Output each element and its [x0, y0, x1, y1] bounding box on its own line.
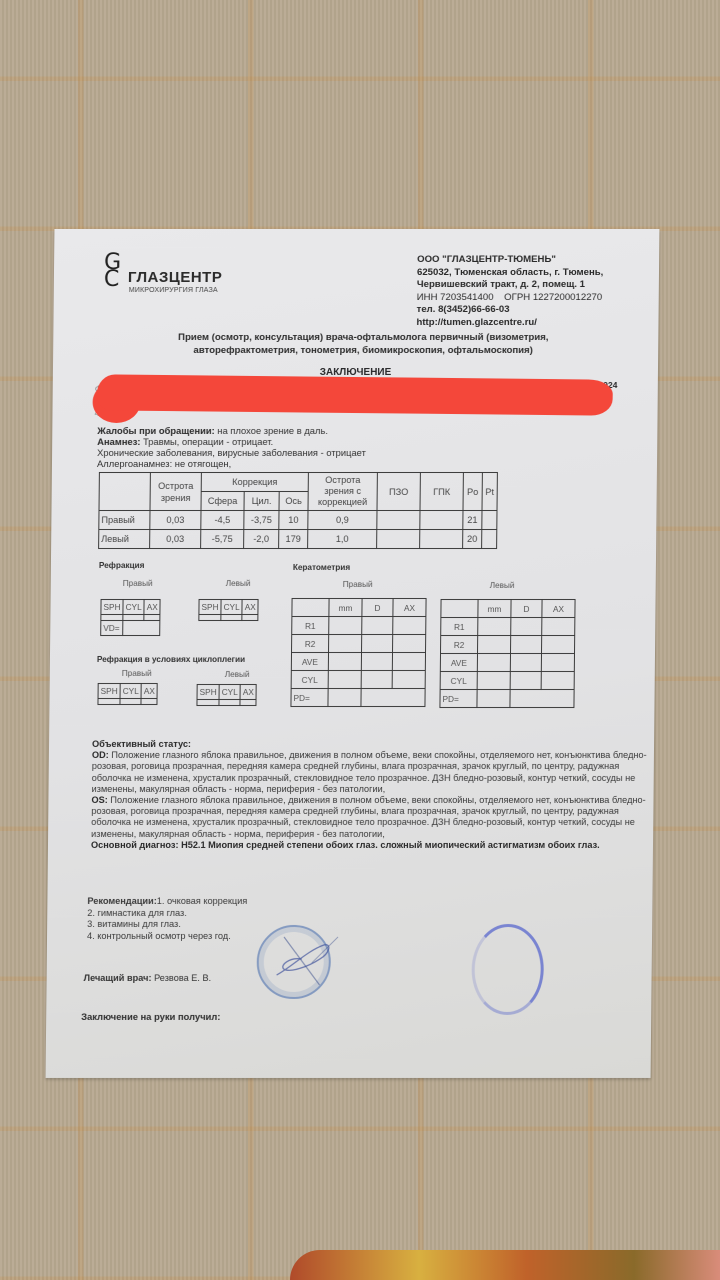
cycloplegia-left-label: Левый — [225, 670, 250, 679]
org-inn-ogrn: ИНН 7203541400 ОГРН 1227200012270 — [417, 292, 603, 305]
org-phone: тел. 8(3452)66-66-03 — [417, 304, 603, 317]
redaction-mark — [96, 374, 613, 415]
recommendation-item: 4. контрольный осмотр через год. — [87, 931, 247, 943]
table-row: Левый 0,03 -5,75 -2,0 179 1,0 20 — [99, 530, 497, 549]
keratometry-left-label: Левый — [490, 581, 515, 590]
recommendation-item: 3. витамины для глаз. — [87, 919, 247, 931]
header-acuity: Острота зрения — [150, 473, 201, 511]
header-correction: Коррекция — [201, 473, 308, 492]
header-pt: Pt — [482, 473, 497, 511]
cycloplegia-title: Рефракция в условиях циклоплегии — [97, 655, 245, 664]
keratometry-title: Кератометрия — [293, 563, 350, 572]
signature-icon — [271, 931, 342, 991]
corner-cell — [99, 473, 150, 511]
table-row: Правый 0,03 -4,5 -3,75 10 0,9 21 — [99, 511, 497, 530]
anamnesis: Анамнез: Травмы, операции - отрицает. — [97, 436, 366, 447]
organization-block: ООО "ГЛАЗЦЕНТР-ТЮМЕНЬ" 625032, Тюменская… — [416, 254, 603, 329]
cycloplegia-right-label: Правый — [122, 669, 152, 678]
header-pzo: ПЗО — [377, 473, 420, 511]
refraction-right-table: SPHCYLAX VD= — [100, 599, 161, 636]
refraction-left-label: Левый — [226, 579, 251, 588]
header-acuity-corrected: Острота зрения с коррекцией — [308, 473, 377, 511]
service-title: Прием (осмотр, консультация) врача-офтал… — [93, 332, 633, 357]
service-title-line-1: Прием (осмотр, консультация) врача-офтал… — [93, 332, 633, 345]
logo-mark-icon: G C — [104, 254, 121, 288]
keratometry-right-label: Правый — [343, 580, 373, 589]
refraction-title: Рефракция — [99, 561, 145, 570]
background-fabric-patch — [290, 1250, 720, 1280]
main-diagnosis: Основной диагноз: H52.1 Миопия средней с… — [91, 840, 651, 851]
attending-doctor: Лечащий врач: Резвова Е. В. — [84, 973, 212, 983]
keratometry-right-table: mmDAX R1 R2 AVE CYL PD= — [290, 598, 426, 707]
org-website: http://tumen.glazcentre.ru/ — [416, 317, 602, 330]
header-sphere: Сфера — [201, 492, 244, 511]
refraction-right-label: Правый — [123, 579, 153, 588]
keratometry-left-table: mmDAX R1 R2 AVE CYL PD= — [439, 599, 575, 708]
service-title-line-2: авторефрактометрия, тонометрия, биомикро… — [93, 345, 633, 358]
logo-subtitle: МИКРОХИРУРГИЯ ГЛАЗА — [129, 287, 218, 294]
allergy-history: Аллергоанамнез: не отягощен, — [97, 458, 366, 469]
recommendation-item: 1. очковая коррекция — [157, 896, 248, 906]
header-gpk: ГПК — [420, 473, 463, 511]
org-address-1: 625032, Тюменская область, г. Тюмень, — [417, 267, 603, 280]
medical-report-paper: G C ГЛАЗЦЕНТР МИКРОХИРУРГИЯ ГЛАЗА ООО "Г… — [46, 229, 660, 1078]
recommendations: Рекомендации:1. очковая коррекция 2. гим… — [87, 896, 247, 943]
organization-stamp-icon — [471, 924, 544, 1015]
od-status: OD: Положение глазного яблока правильное… — [92, 750, 652, 795]
cycloplegia-left-table: SPHCYLAX — [196, 684, 257, 706]
cycloplegia-right-table: SPHCYLAX — [97, 683, 158, 705]
objective-status: Объективный статус: OD: Положение глазно… — [91, 739, 652, 851]
vision-table: Острота зрения Коррекция Острота зрения … — [98, 472, 498, 549]
org-name: ООО "ГЛАЗЦЕНТР-ТЮМЕНЬ" — [417, 254, 603, 267]
received-by: Заключение на руки получил: — [81, 1011, 220, 1022]
recommendation-item: 2. гимнастика для глаз. — [87, 908, 247, 920]
chronic-diseases: Хронические заболевания, вирусные заболе… — [97, 447, 366, 458]
objective-status-title: Объективный статус: — [92, 739, 191, 749]
org-address-2: Червишевский тракт, д. 2, помещ. 1 — [417, 279, 603, 292]
recommendations-label: Рекомендации: — [87, 896, 156, 906]
header-po: Po — [463, 473, 482, 511]
logo-name: ГЛАЗЦЕНТР — [128, 269, 223, 286]
os-status: OS: Положение глазного яблока правильное… — [91, 795, 651, 840]
refraction-left-table: SPHCYLAX — [198, 599, 259, 621]
anamnesis-block: Жалобы при обращении: на плохое зрение в… — [97, 425, 366, 469]
header-cyl: Цил. — [244, 492, 279, 511]
header-axis: Ось — [279, 492, 308, 511]
complaints: Жалобы при обращении: на плохое зрение в… — [97, 425, 366, 436]
